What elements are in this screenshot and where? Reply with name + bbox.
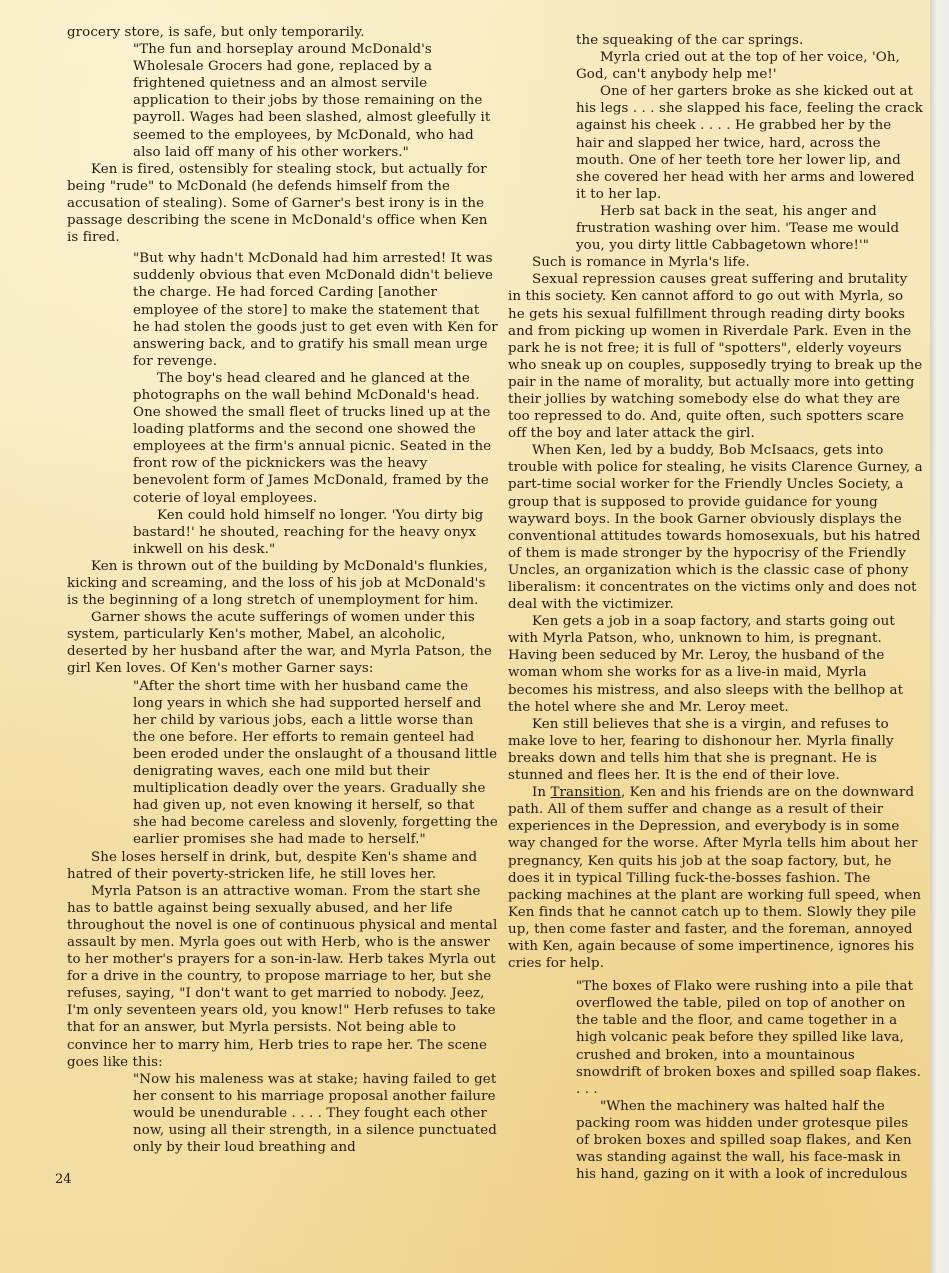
page-number: 24 bbox=[55, 1172, 72, 1187]
block-quote: "But why hadn't McDonald had him arreste… bbox=[133, 250, 499, 370]
block-quote: "When the machinery was halted half the … bbox=[576, 1098, 923, 1183]
block-quote: "The boxes of Flako were rushing into a … bbox=[576, 978, 923, 1098]
paragraph: When Ken, led by a buddy, Bob McIsaacs, … bbox=[508, 442, 923, 613]
block-quote: One of her garters broke as she kicked o… bbox=[576, 83, 923, 203]
left-column: grocery store, is safe, but only tempora… bbox=[67, 24, 499, 1156]
paragraph: Sexual repression causes great suffering… bbox=[508, 271, 923, 442]
block-quote: the squeaking of the car springs. bbox=[576, 32, 923, 49]
right-column: the squeaking of the car springs. Myrla … bbox=[508, 32, 923, 1183]
block-quote: Myrla cried out at the top of her voice,… bbox=[576, 49, 923, 83]
paragraph: grocery store, is safe, but only tempora… bbox=[67, 24, 499, 41]
paragraph: Ken still believes that she is a virgin,… bbox=[508, 716, 923, 784]
block-quote: "After the short time with her husband c… bbox=[133, 678, 499, 849]
block-quote: "Now his maleness was at stake; having f… bbox=[133, 1071, 499, 1156]
text: In bbox=[532, 785, 550, 800]
text: , Ken and his friends are on the downwar… bbox=[508, 785, 921, 971]
book-title: Transition bbox=[550, 785, 620, 800]
block-quote: Herb sat back in the seat, his anger and… bbox=[576, 203, 923, 254]
page-edge bbox=[930, 0, 949, 1273]
paragraph: Such is romance in Myrla's life. bbox=[500, 254, 923, 271]
paragraph: Myrla Patson is an attractive woman. Fro… bbox=[67, 883, 499, 1071]
magazine-page: grocery store, is safe, but only tempora… bbox=[0, 0, 930, 1273]
block-quote: Ken could hold himself no longer. 'You d… bbox=[133, 507, 499, 558]
paragraph: Ken is thrown out of the building by McD… bbox=[67, 558, 499, 609]
paragraph: Ken is fired, ostensibly for stealing st… bbox=[67, 161, 499, 246]
paragraph: Ken gets a job in a soap factory, and st… bbox=[508, 613, 923, 716]
paragraph: She loses herself in drink, but, despite… bbox=[67, 849, 499, 883]
block-quote: "The fun and horseplay around McDonald's… bbox=[133, 41, 499, 161]
block-quote: The boy's head cleared and he glanced at… bbox=[133, 370, 499, 507]
paragraph: Garner shows the acute sufferings of wom… bbox=[67, 609, 499, 677]
paragraph: In Transition, Ken and his friends are o… bbox=[508, 784, 923, 972]
